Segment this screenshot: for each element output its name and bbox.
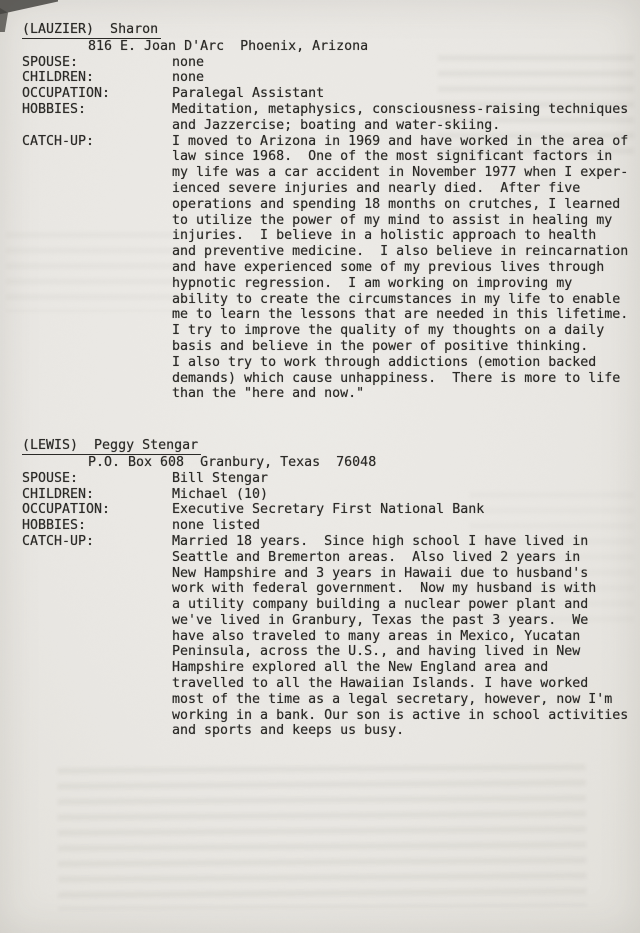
directory-entry-lewis: (LEWIS) Peggy Stengar P.O. Box 608 Granb… — [22, 438, 632, 739]
entry-header: (LEWIS) Peggy Stengar — [22, 438, 632, 455]
scanned-document-page: (LAUZIER) Sharon 816 E. Joan D'Arc Phoen… — [0, 0, 640, 933]
entry-address: 816 E. Joan D'Arc Phoenix, Arizona — [88, 39, 632, 55]
field-row-children: CHILDREN: Michael (10) — [22, 487, 632, 503]
field-row-spouse: SPOUSE: none — [22, 55, 632, 71]
field-value: none — [172, 70, 204, 86]
field-label: SPOUSE: — [22, 471, 172, 487]
field-label: SPOUSE: — [22, 55, 172, 71]
field-row-hobbies: HOBBIES: Meditation, metaphysics, consci… — [22, 102, 632, 134]
field-value: none listed — [172, 518, 260, 534]
field-value: Bill Stengar — [172, 471, 268, 487]
field-label: HOBBIES: — [22, 518, 172, 534]
field-row-catchup: CATCH-UP: Married 18 years. Since high s… — [22, 534, 632, 739]
entry-header: (LAUZIER) Sharon — [22, 22, 632, 39]
field-row-occupation: OCCUPATION: Paralegal Assistant — [22, 86, 632, 102]
field-label: OCCUPATION: — [22, 502, 172, 518]
field-label: CATCH-UP: — [22, 134, 172, 150]
field-label: CHILDREN: — [22, 487, 172, 503]
field-label: CATCH-UP: — [22, 534, 172, 550]
field-label: OCCUPATION: — [22, 86, 172, 102]
field-row-children: CHILDREN: none — [22, 70, 632, 86]
typed-text-block: (LAUZIER) Sharon 816 E. Joan D'Arc Phoen… — [22, 22, 632, 739]
field-value: none — [172, 55, 204, 71]
field-value: Married 18 years. Since high school I ha… — [172, 534, 628, 739]
entry-address: P.O. Box 608 Granbury, Texas 76048 — [88, 455, 632, 471]
directory-entry-lauzier: (LAUZIER) Sharon 816 E. Joan D'Arc Phoen… — [22, 22, 632, 402]
entry-name: (LAUZIER) Sharon — [22, 22, 161, 39]
field-value: Paralegal Assistant — [172, 86, 324, 102]
entry-name: (LEWIS) Peggy Stengar — [22, 438, 201, 455]
field-value: Meditation, metaphysics, consciousness-r… — [172, 102, 628, 134]
field-value: Executive Secretary First National Bank — [172, 502, 484, 518]
field-label: HOBBIES: — [22, 102, 172, 118]
field-value: I moved to Arizona in 1969 and have work… — [172, 134, 628, 403]
field-row-hobbies: HOBBIES: none listed — [22, 518, 632, 534]
bleed-through-artifact — [58, 764, 587, 910]
field-row-spouse: SPOUSE: Bill Stengar — [22, 471, 632, 487]
field-value: Michael (10) — [172, 487, 268, 503]
field-label: CHILDREN: — [22, 70, 172, 86]
field-row-catchup: CATCH-UP: I moved to Arizona in 1969 and… — [22, 134, 632, 403]
scan-edge-artifact — [0, 0, 58, 15]
field-row-occupation: OCCUPATION: Executive Secretary First Na… — [22, 502, 632, 518]
